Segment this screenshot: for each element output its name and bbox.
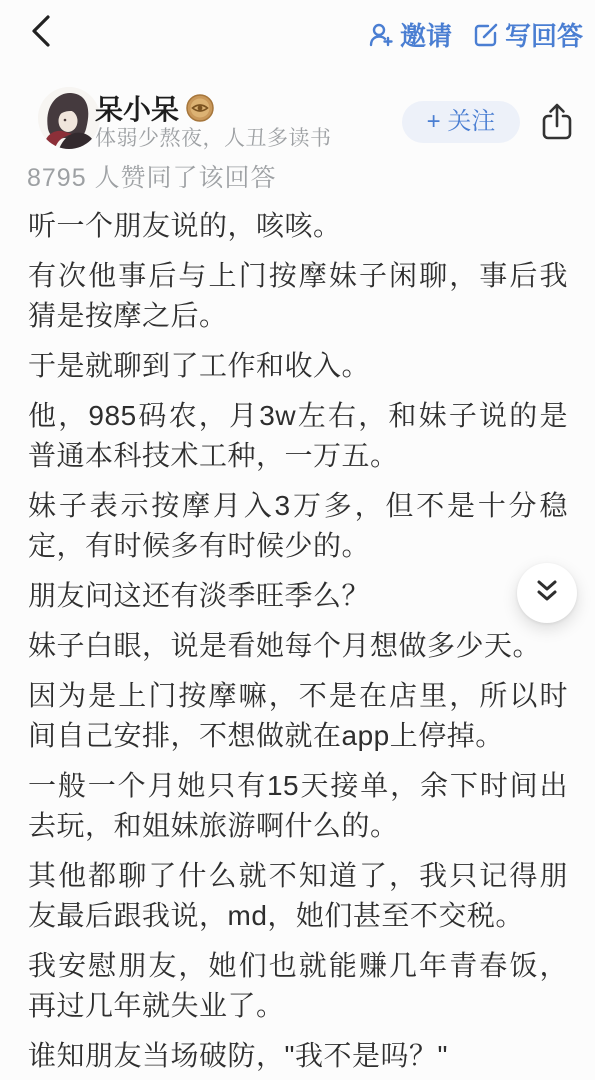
top-bar-actions: 邀请 写回答: [367, 16, 583, 53]
write-answer-button[interactable]: 写回答: [472, 16, 583, 53]
edit-square-icon: [472, 21, 500, 49]
answer-paragraph: 其他都聊了什么就不知道了，我只记得朋友最后跟我说，md，她们甚至不交税。: [28, 856, 568, 936]
avatar[interactable]: [38, 87, 100, 149]
share-button[interactable]: [539, 102, 575, 142]
answer-paragraph: 听一个朋友说的，咳咳。: [28, 206, 568, 246]
answer-paragraph: 于是就聊到了工作和收入。: [28, 346, 568, 386]
share-box-arrow-icon: [539, 130, 575, 145]
follow-button[interactable]: + 关注: [402, 101, 520, 143]
answer-paragraph: 我安慰朋友，她们也就能赚几年青春饭，再过几年就失业了。: [28, 946, 568, 1026]
double-chevron-down-icon: [532, 578, 562, 609]
answer-paragraph: 有次他事后与上门按摩妹子闲聊，事后我猜是按摩之后。: [28, 256, 568, 336]
answer-paragraph: 谁知朋友当场破防，"我不是吗？": [28, 1036, 568, 1076]
answer-paragraph: 妹子白眼，说是看她每个月想做多少天。: [28, 626, 568, 666]
answer-paragraph: 他，985码农，月3w左右，和妹子说的是普通本科技术工种，一万五。: [28, 396, 568, 476]
write-answer-label: 写回答: [505, 16, 583, 53]
answer-body: 听一个朋友说的，咳咳。 有次他事后与上门按摩妹子闲聊，事后我猜是按摩之后。 于是…: [28, 206, 568, 1080]
gold-medal-eye-icon: [186, 94, 214, 122]
chevron-left-icon: [24, 38, 60, 53]
collapse-answer-button[interactable]: [517, 563, 577, 623]
top-bar: 邀请 写回答: [0, 0, 595, 62]
invite-button[interactable]: 邀请: [367, 16, 452, 53]
answer-paragraph: 因为是上门按摩嘛，不是在店里，所以时间自己安排，不想做就在app上停掉。: [28, 676, 568, 756]
answer-paragraph: 妹子表示按摩月入3万多，但不是十分稳定，有时候多有时候少的。: [28, 486, 568, 566]
answer-paragraph: 一般一个月她只有15天接单，余下时间出去玩，和姐妹旅游啊什么的。: [28, 766, 568, 846]
person-add-icon: [367, 21, 395, 49]
invite-label: 邀请: [400, 16, 452, 53]
answer-paragraph: 朋友问这还有淡季旺季么？: [28, 576, 568, 616]
author-bio: 体弱少熬夜，人丑多读书: [95, 122, 332, 152]
upvote-count: 8795 人赞同了该回答: [27, 158, 277, 194]
back-button[interactable]: [24, 12, 60, 50]
